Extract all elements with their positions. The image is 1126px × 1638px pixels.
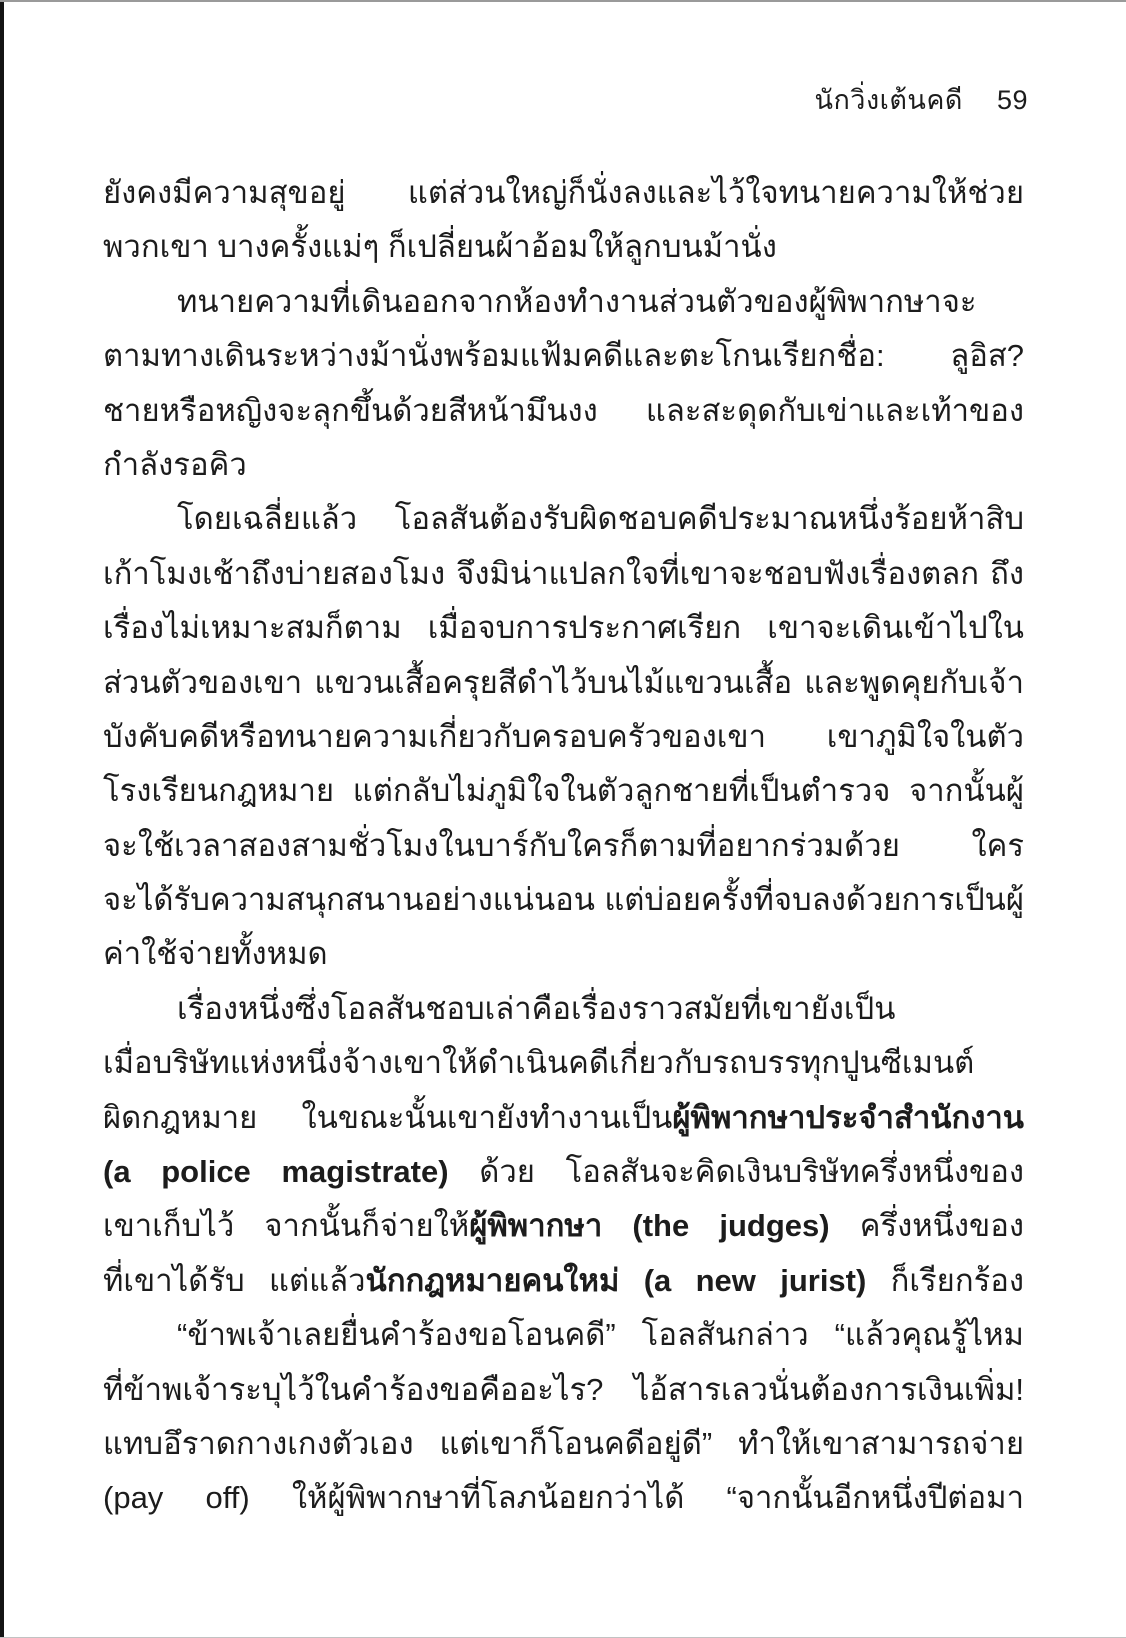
text-run: ส่วนตัวของเขา แขวนเสื้อครุยสีดำไว้บนไม้แ… <box>103 665 1024 710</box>
text-run: ที่เขาได้รับ แต่แล้ว <box>103 1263 366 1298</box>
text-line: กำลังรอคิว <box>103 438 1024 492</box>
text-run: ที่ข้าพเจ้าระบุไว้ในคำร้องขอคืออะไร? ไอ้… <box>103 1372 1024 1417</box>
text-line: โดยเฉลี่ยแล้ว โอลสันต้องรับผิดชอบคดีประม… <box>103 492 1024 546</box>
text-run: ผิดกฎหมาย ในขณะนั้นเขายังทำงานเป็น <box>103 1100 672 1135</box>
text-run: พวกเขา บางครั้งแม่ๆ ก็เปลี่ยนผ้าอ้อมให้ล… <box>103 229 777 264</box>
text-run: เรื่องไม่เหมาะสมก็ตาม เมื่อจบการประกาศเร… <box>103 610 1024 655</box>
text-line: เมื่อบริษัทแห่งหนึ่งจ้างเขาให้ดำเนินคดีเ… <box>103 1036 1024 1090</box>
text-run-bold: นักกฎหมายคนใหม่ (a new jurist) <box>366 1263 867 1298</box>
text-run: ยังคงมีความสุขอยู่ แต่ส่วนใหญ่ก็นั่งลงแล… <box>103 175 1024 220</box>
text-run: เขาเก็บไว้ จากนั้นก็จ่ายให้ <box>103 1208 469 1243</box>
text-run: (pay off) ให้ผู้พิพากษาที่โลภน้อยกว่าได้… <box>103 1480 1024 1525</box>
text-line: เขาเก็บไว้ จากนั้นก็จ่ายให้ผู้พิพากษา (t… <box>103 1199 1024 1253</box>
text-line: เรื่องไม่เหมาะสมก็ตาม เมื่อจบการประกาศเร… <box>103 601 1024 655</box>
text-line: ชายหรือหญิงจะลุกขึ้นด้วยสีหน้ามึนงง และส… <box>103 384 1024 438</box>
text-run: เมื่อบริษัทแห่งหนึ่งจ้างเขาให้ดำเนินคดีเ… <box>103 1045 974 1090</box>
text-run: เก้าโมงเช้าถึงบ่ายสองโมง จึงมิน่าแปลกใจท… <box>103 556 1024 601</box>
text-line: ที่ข้าพเจ้าระบุไว้ในคำร้องขอคืออะไร? ไอ้… <box>103 1363 1024 1417</box>
text-line: ผิดกฎหมาย ในขณะนั้นเขายังทำงานเป็นผู้พิพ… <box>103 1091 1024 1145</box>
paragraph: เรื่องหนึ่งซึ่งโอลสันชอบเล่าคือเรื่องราว… <box>103 982 1024 1308</box>
text-line: ตามทางเดินระหว่างม้านั่งพร้อมแฟ้มคดีและต… <box>103 329 1024 383</box>
text-run: กำลังรอคิว <box>103 447 247 482</box>
text-run: แทบอึราดกางเกงตัวเอง แต่เขาก็โอนคดีอยู่ด… <box>103 1426 1024 1471</box>
text-line: โรงเรียนกฎหมาย แต่กลับไม่ภูมิใจในตัวลูกช… <box>103 764 1024 818</box>
text-line: เรื่องหนึ่งซึ่งโอลสันชอบเล่าคือเรื่องราว… <box>103 982 1024 1036</box>
running-header-title: นักวิ่งเต้นคดี <box>814 85 962 115</box>
text-line: (a police magistrate) ด้วย โอลสันจะคิดเง… <box>103 1145 1024 1199</box>
text-line: บังคับคดีหรือทนายความเกี่ยวกับครอบครัวขอ… <box>103 710 1024 764</box>
text-run-bold: ผู้พิพากษา (the judges) <box>469 1208 829 1243</box>
running-header: นักวิ่งเต้นคดี59 <box>103 78 1028 121</box>
text-line: จะได้รับความสนุกสนานอย่างแน่นอน แต่บ่อยค… <box>103 873 1024 927</box>
scan-edge-left <box>0 0 4 1638</box>
text-run: เรื่องหนึ่งซึ่งโอลสันชอบเล่าคือเรื่องราว… <box>103 991 895 1036</box>
text-run: ค่าใช้จ่ายทั้งหมด <box>103 936 328 971</box>
text-line: (pay off) ให้ผู้พิพากษาที่โลภน้อยกว่าได้… <box>103 1471 1024 1525</box>
paragraph: “ข้าพเจ้าเลยยื่นคำร้องขอโอนคดี” โอลสันกล… <box>103 1308 1024 1526</box>
text-run: ทนายความที่เดินออกจากห้องทำงานส่วนตัวของ… <box>103 284 977 329</box>
page-number: 59 <box>997 85 1028 115</box>
text-line: “ข้าพเจ้าเลยยื่นคำร้องขอโอนคดี” โอลสันกล… <box>103 1308 1024 1362</box>
text-line: พวกเขา บางครั้งแม่ๆ ก็เปลี่ยนผ้าอ้อมให้ล… <box>103 220 1024 274</box>
text-run-bold: (a police magistrate) <box>103 1154 449 1189</box>
scan-edge-top <box>0 0 1126 2</box>
text-line: ที่เขาได้รับ แต่แล้วนักกฎหมายคนใหม่ (a n… <box>103 1254 1024 1308</box>
text-run: “ข้าพเจ้าเลยยื่นคำร้องขอโอนคดี” โอลสันกล… <box>103 1317 1024 1362</box>
text-run: ตามทางเดินระหว่างม้านั่งพร้อมแฟ้มคดีและต… <box>103 338 1024 383</box>
text-line: ค่าใช้จ่ายทั้งหมด <box>103 927 1024 981</box>
text-line: เก้าโมงเช้าถึงบ่ายสองโมง จึงมิน่าแปลกใจท… <box>103 547 1024 601</box>
text-run: จะใช้เวลาสองสามชั่วโมงในบาร์กับใครก็ตามท… <box>103 828 1024 873</box>
text-line: จะใช้เวลาสองสามชั่วโมงในบาร์กับใครก็ตามท… <box>103 819 1024 873</box>
paragraph: โดยเฉลี่ยแล้ว โอลสันต้องรับผิดชอบคดีประม… <box>103 492 1024 982</box>
page-body-text: ยังคงมีความสุขอยู่ แต่ส่วนใหญ่ก็นั่งลงแล… <box>103 166 1024 1526</box>
paragraph: ทนายความที่เดินออกจากห้องทำงานส่วนตัวของ… <box>103 275 1024 493</box>
text-run: โรงเรียนกฎหมาย แต่กลับไม่ภูมิใจในตัวลูกช… <box>103 773 1024 818</box>
text-run: โดยเฉลี่ยแล้ว โอลสันต้องรับผิดชอบคดีประม… <box>103 501 1024 546</box>
text-line: แทบอึราดกางเกงตัวเอง แต่เขาก็โอนคดีอยู่ด… <box>103 1417 1024 1471</box>
text-run: จะได้รับความสนุกสนานอย่างแน่นอน แต่บ่อยค… <box>103 882 1024 927</box>
text-line: ยังคงมีความสุขอยู่ แต่ส่วนใหญ่ก็นั่งลงแล… <box>103 166 1024 220</box>
text-run: บังคับคดีหรือทนายความเกี่ยวกับครอบครัวขอ… <box>103 719 1024 764</box>
text-run: ชายหรือหญิงจะลุกขึ้นด้วยสีหน้ามึนงง และส… <box>103 393 1024 438</box>
paragraph: ยังคงมีความสุขอยู่ แต่ส่วนใหญ่ก็นั่งลงแล… <box>103 166 1024 275</box>
text-line: ส่วนตัวของเขา แขวนเสื้อครุยสีดำไว้บนไม้แ… <box>103 656 1024 710</box>
text-line: ทนายความที่เดินออกจากห้องทำงานส่วนตัวของ… <box>103 275 1024 329</box>
